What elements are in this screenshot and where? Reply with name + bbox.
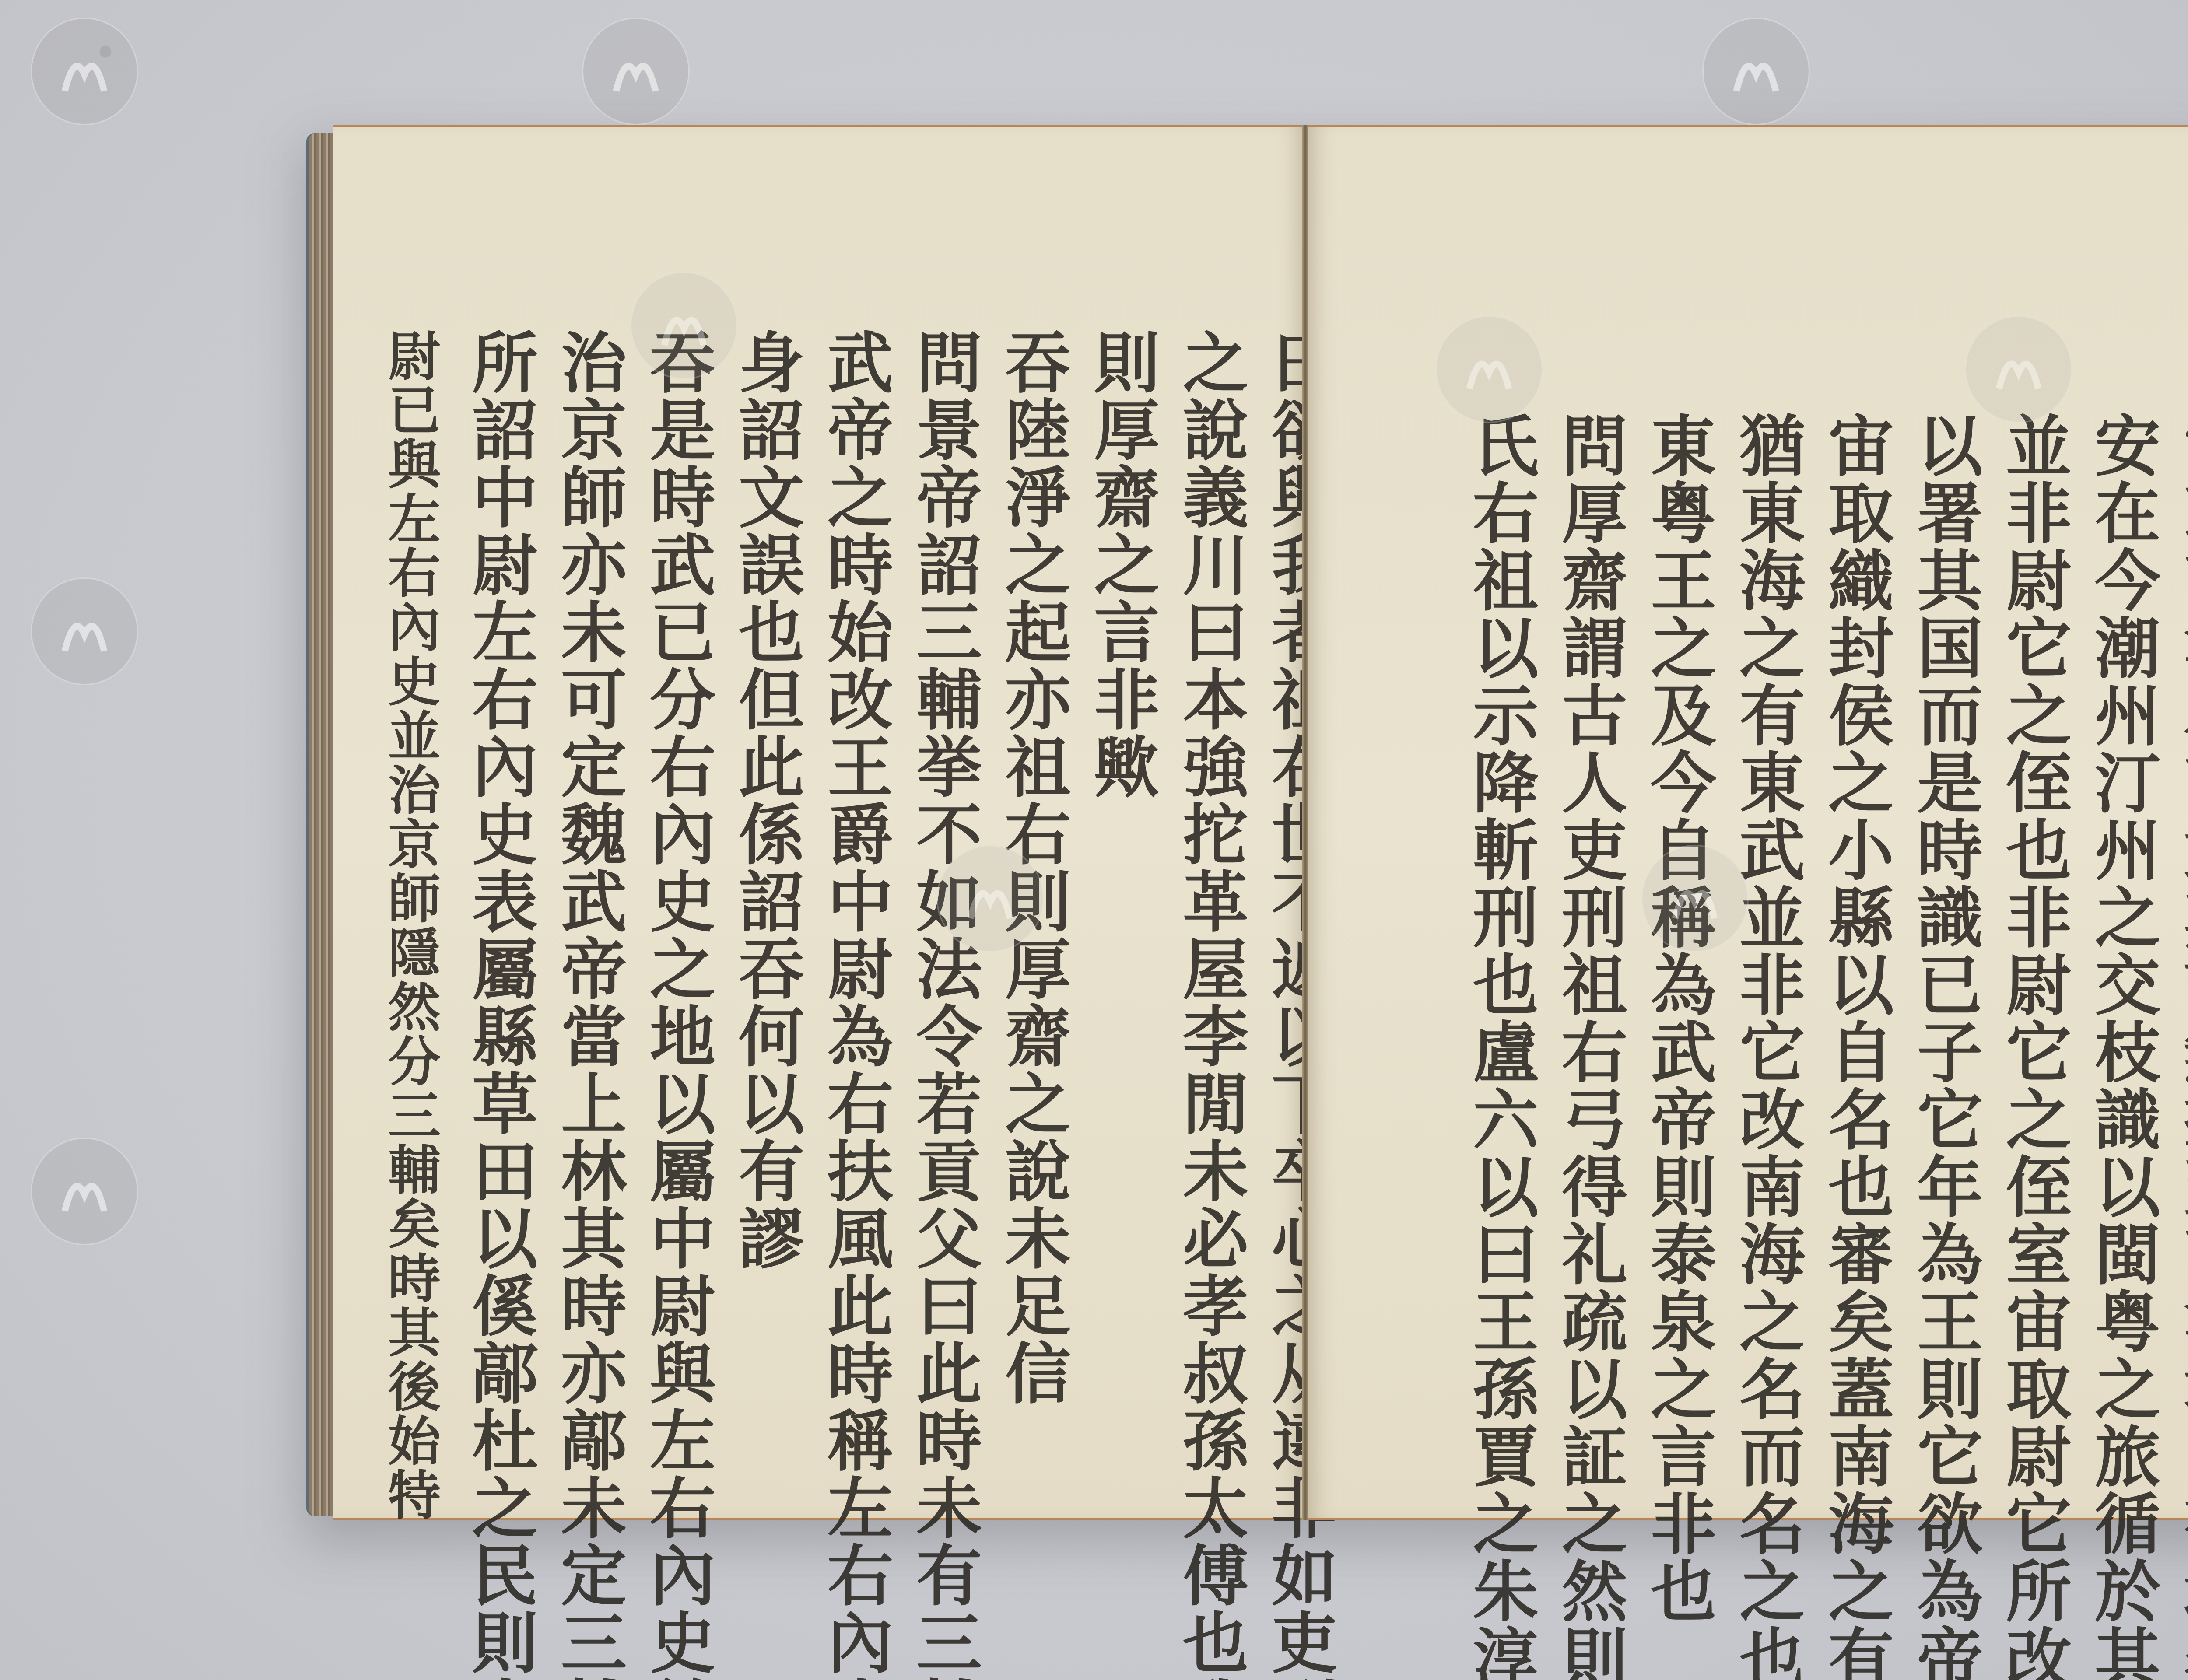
right-page: 稱南粤武帝則武自是生諡漢吞它稱南粤武王子史 記同而其後乃稱南武帝此是脫文漏去粤字…	[1308, 125, 2188, 1520]
open-book: 曰欲與我者祖右世不返以下卒心之从違非如吏刑 之說義川曰本強拕革屋李閒未必孝叔孫太…	[306, 125, 2188, 1525]
text-column: 吞是時武已分右內史之地以屬中尉與左右內史並	[638, 329, 715, 1466]
text-column: 宙取織封侯之小縣以自名也審矣蓋南海之有南武	[1817, 412, 1893, 1505]
text-column: 所詔中尉左右內史表屬縣草田以傒鄗杜之民則中	[461, 329, 537, 1466]
text-column: 問厚齋謂古人吏刑祖右弓得礼疏以証之然則為呂	[1550, 412, 1627, 1505]
text-column: 氏右祖以示降斬刑也盧六以曰王孫賈之朱淳寔則	[1462, 412, 1538, 1505]
watermark-logo-icon	[936, 845, 1044, 952]
watermark-logo-icon	[31, 577, 138, 685]
watermark-logo-icon	[31, 1137, 138, 1245]
text-column: 猶東海之有東武並非它改南海之名而名之也試觀	[1728, 412, 1805, 1505]
text-column: 之說義川曰本強拕革屋李閒未必孝叔孫太傅也我	[1171, 329, 1248, 1466]
watermark-logo-icon	[31, 17, 138, 125]
text-column: 以署其国而是時識已子它年為王則它欲為帝又不	[1906, 412, 1982, 1505]
text-column: 安在今潮州汀州之交枝識以閩粤之旅循於其地而	[2083, 412, 2160, 1505]
watermark-logo-icon	[1435, 315, 1543, 423]
text-column: 治京師亦未可定魏武帝當上林其時亦鄗未定三輔	[550, 329, 626, 1466]
right-page-text: 稱南粤武帝則武自是生諡漢吞它稱南粤武王子史 記同而其後乃稱南武帝此是脫文漏去粤字…	[1462, 412, 2188, 1505]
text-column: 尉已與左右內史並治京師隱然分三輔矣時其後始特	[372, 329, 449, 1466]
book-gutter	[1302, 125, 1308, 1520]
text-column: 並非尉它之侄也非尉它之侄室宙取尉它所改地名	[1995, 412, 2071, 1505]
watermark-logo-icon	[1641, 845, 1749, 952]
watermark-logo-icon	[630, 272, 738, 379]
watermark-logo-icon	[1965, 315, 2072, 423]
watermark-logo-icon	[582, 17, 690, 125]
text-column: 則厚齋之言非歟	[1083, 329, 1159, 1466]
text-column: 東粤王之及今自稱為武帝則泰泉之言非也	[1639, 412, 1716, 1505]
left-page-text: 曰欲與我者祖右世不返以下卒心之从違非如吏刑 之說義川曰本強拕革屋李閒未必孝叔孫太…	[372, 329, 1337, 1466]
text-column: 武帝之時始改王爵中尉為右扶風此時稱左右內史	[816, 329, 893, 1466]
left-page: 曰欲與我者祖右世不返以下卒心之从違非如吏刑 之說義川曰本強拕革屋李閒未必孝叔孫太…	[333, 125, 1304, 1520]
watermark-logo-icon	[1702, 17, 1810, 125]
text-column: 它改南海為南武其說無據蓋南海境中有地名南武	[2172, 412, 2188, 1505]
text-column: 身詔文誤也但此係詔吞何以有謬	[727, 329, 804, 1466]
